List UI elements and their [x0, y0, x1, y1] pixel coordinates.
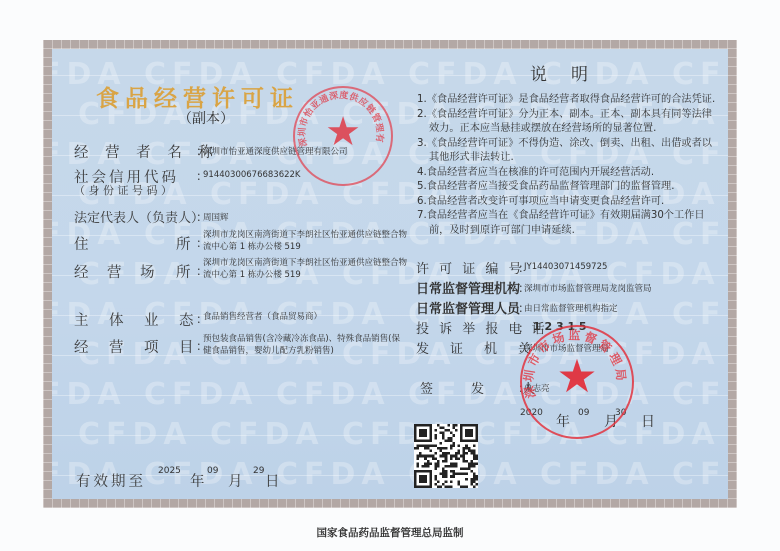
- watermark-text: CFDA: [672, 377, 728, 412]
- copy-label: （副本）: [178, 108, 234, 128]
- credit-code-value: 91440300676683622K: [203, 170, 301, 180]
- watermark-text: CFDA: [606, 497, 721, 499]
- watermark-text: CFDA: [672, 457, 728, 492]
- notes-title: 说明: [530, 60, 612, 85]
- business-scope-label: 经 营 项 目: [74, 336, 197, 357]
- note-item: 7.食品经营者应当在《食品经营许可证》有效期届满30个工作日前，及时到原许可部门…: [417, 209, 722, 238]
- license-no-value: JY14403071459725: [524, 262, 607, 272]
- watermark-text: CFDA: [672, 297, 728, 332]
- svg-text:深圳市市场监督管理局: 深圳市市场监督管理局: [521, 327, 629, 399]
- watermark-text: CFDA: [210, 177, 325, 212]
- watermark-text: CFDA: [672, 57, 728, 92]
- validity-month-unit: 月: [228, 470, 243, 491]
- notes-list: 1.《食品经营许可证》是食品经营者取得食品经营许可的合法凭证. 2.《食品经营许…: [417, 93, 722, 238]
- premises-label-start: 经 营 场: [74, 261, 157, 282]
- residence-value: 深圳市龙岗区南湾街道下李朗社区怡亚通供应链整合物流中心第 1 栋办公楼 519: [203, 229, 413, 253]
- premises-label-end: 所: [176, 261, 191, 282]
- authority-seal: ★ 深圳市市场监督管理局: [520, 325, 634, 439]
- qr-code[interactable]: [414, 424, 478, 488]
- watermark-text: CFDA: [78, 497, 193, 499]
- watermark-text: CFDA: [276, 377, 391, 412]
- supervision-agency-value: 深圳市市场监督管理局龙岗监管局: [524, 282, 652, 294]
- note-item: 4.食品经营者应当在核准的许可范围内开展经营活动.: [417, 166, 722, 181]
- watermark-text: CFDA: [210, 497, 325, 499]
- company-seal: ★ 深圳市怡亚通深度供应链管理有限公司: [293, 86, 393, 186]
- note-item: 3.《食品经营许可证》不得伪造、涂改、倒卖、出租、出借或者以其他形式非法转让.: [417, 137, 722, 166]
- residence-label-end: 所: [176, 233, 191, 254]
- premises-value: 深圳市龙岗区南湾街道下李朗社区怡亚通供应链整合物流中心第 1 栋办公楼 519: [203, 257, 413, 281]
- company-seal-text: 深圳市怡亚通深度供应链管理有限公司: [293, 86, 389, 182]
- watermark-text: CFDA: [276, 457, 391, 492]
- svg-text:深圳市怡亚通深度供应链管理有限公司: 深圳市怡亚通深度供应链管理有限公司: [293, 86, 386, 148]
- note-item: 2.《食品经营许可证》分为正本、副本。正本、副本具有同等法律效力。正本应当悬挂或…: [417, 108, 722, 137]
- entity-type-label: 主 体 业 态: [74, 309, 197, 330]
- id-number-sublabel: （ 身 份 证 号 码 ）: [74, 182, 172, 198]
- watermark-text: CFDA: [52, 377, 127, 412]
- license-no-label: 许 可 证 编 号: [416, 258, 525, 277]
- supervision-staff-label: 日常监督管理人员: [416, 298, 520, 317]
- watermark-text: CFDA: [342, 497, 457, 499]
- issue-day-unit: 日: [641, 411, 655, 431]
- residence-label-start: 住: [74, 233, 89, 254]
- note-item: 6.食品经营者改变许可事项应当申请变更食品经营许可.: [417, 195, 722, 210]
- watermark-text: CFDA: [210, 417, 325, 452]
- watermark-text: CFDA: [474, 497, 589, 499]
- authority-seal-text: 深圳市市场监督管理局: [520, 325, 630, 435]
- watermark-text: CFDA: [78, 417, 193, 452]
- supervision-staff-value: 由日常监督管理机构指定: [524, 302, 618, 314]
- note-item: 1.《食品经营许可证》是食品经营者取得食品经营许可的合法凭证.: [417, 93, 722, 108]
- watermark-text: CFDA: [144, 377, 259, 412]
- note-item: 5.食品经营者应当接受食品药品监督管理部门的监督管理.: [417, 180, 722, 195]
- validity-label: 有效期至: [76, 470, 146, 491]
- validity-year: 2025: [158, 466, 181, 476]
- validity-day: 29: [253, 466, 264, 476]
- business-scope-value: 预包装食品销售(含冷藏冷冻食品)、特殊食品销售(保健食品销售，婴幼儿配方乳粉销售…: [203, 333, 401, 357]
- validity-day-unit: 日: [265, 470, 280, 491]
- legal-rep-label: 法定代表人（负责人）: [74, 207, 204, 226]
- entity-type-value: 食品销售经营者（食品贸易商）: [203, 310, 322, 322]
- validity-year-unit: 年: [190, 470, 205, 491]
- watermark-text: CFDA: [540, 457, 655, 492]
- legal-rep-value: 周国辉: [203, 211, 229, 223]
- watermark-text: CFDA: [408, 57, 523, 92]
- footer-issuer: 国家食品药品监督管理总局监制: [0, 525, 780, 540]
- supervision-agency-label: 日常监督管理机构: [416, 278, 520, 297]
- validity-month: 09: [207, 466, 218, 476]
